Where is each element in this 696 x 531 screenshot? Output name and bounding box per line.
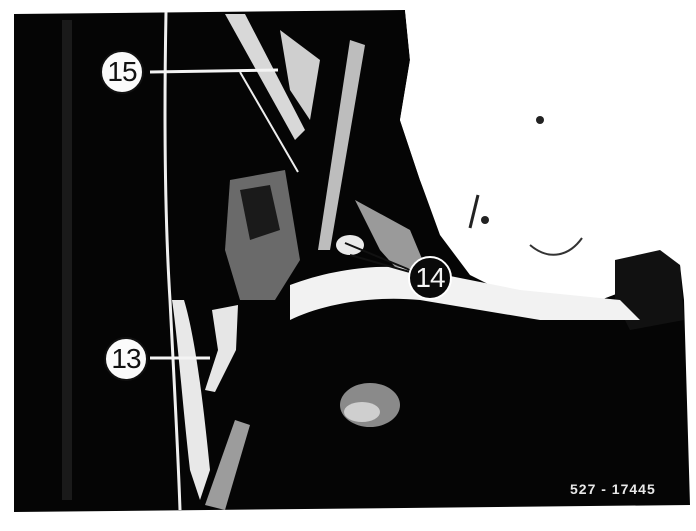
callout-14: 14 bbox=[408, 256, 452, 300]
figure-code: 527 - 17445 bbox=[570, 481, 656, 497]
callout-15: 15 bbox=[100, 50, 144, 94]
callout-13: 13 bbox=[104, 337, 148, 381]
